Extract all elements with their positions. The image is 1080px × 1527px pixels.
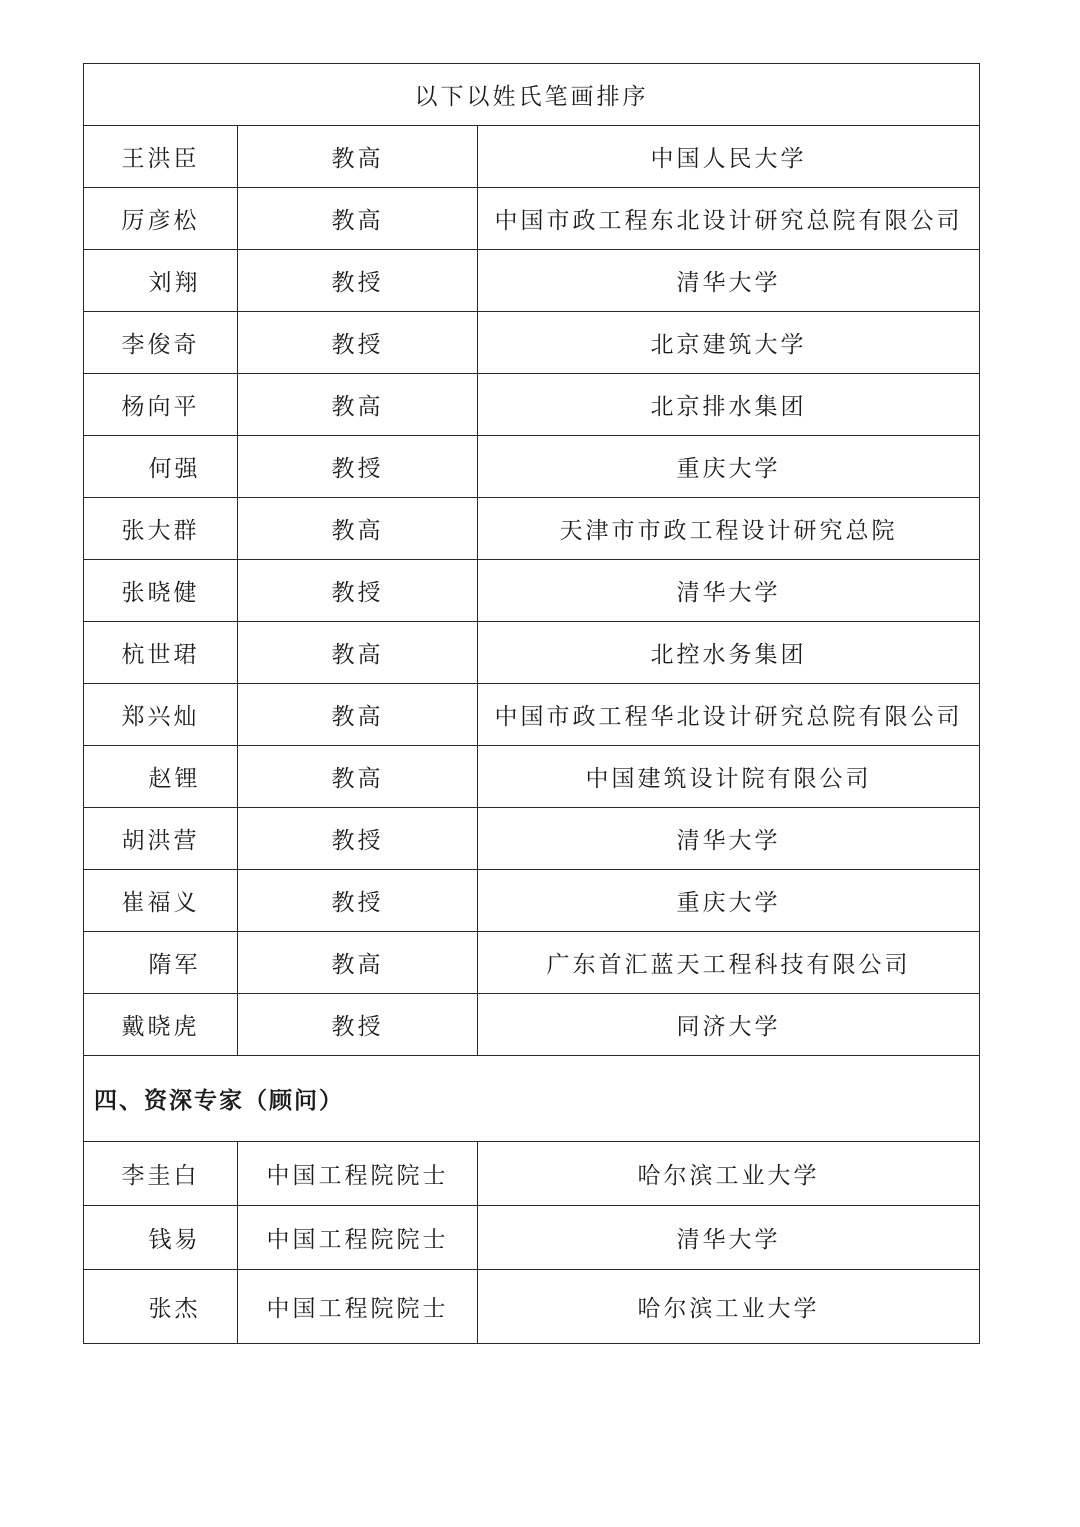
expert-title: 教高 (238, 684, 478, 746)
expert-name: 厉彦松 (84, 188, 238, 250)
expert-organization: 哈尔滨工业大学 (478, 1142, 980, 1206)
expert-organization: 北控水务集团 (478, 622, 980, 684)
expert-organization: 北京建筑大学 (478, 312, 980, 374)
expert-name: 张晓健 (84, 560, 238, 622)
expert-name: 戴晓虎 (84, 994, 238, 1056)
expert-title: 教高 (238, 188, 478, 250)
expert-organization: 广东首汇蓝天工程科技有限公司 (478, 932, 980, 994)
table-row: 杨向平 教高 北京排水集团 (84, 374, 980, 436)
expert-title: 教高 (238, 374, 478, 436)
expert-organization: 清华大学 (478, 808, 980, 870)
expert-title: 教授 (238, 436, 478, 498)
section-heading-row: 四、资深专家（顾问） (84, 1056, 980, 1142)
table-row: 王洪臣 教高 中国人民大学 (84, 126, 980, 188)
expert-organization: 哈尔滨工业大学 (478, 1270, 980, 1344)
expert-title: 中国工程院院士 (238, 1270, 478, 1344)
table-row: 郑兴灿 教高 中国市政工程华北设计研究总院有限公司 (84, 684, 980, 746)
expert-name: 李俊奇 (84, 312, 238, 374)
expert-organization: 重庆大学 (478, 436, 980, 498)
expert-title: 教授 (238, 808, 478, 870)
expert-organization: 中国市政工程东北设计研究总院有限公司 (478, 188, 980, 250)
expert-title: 教授 (238, 560, 478, 622)
expert-name: 张杰 (84, 1270, 238, 1344)
expert-title: 教授 (238, 250, 478, 312)
expert-name: 何强 (84, 436, 238, 498)
expert-name: 张大群 (84, 498, 238, 560)
table-row: 张晓健 教授 清华大学 (84, 560, 980, 622)
expert-title: 教授 (238, 994, 478, 1056)
expert-title: 教授 (238, 312, 478, 374)
sort-note: 以下以姓氏笔画排序 (84, 64, 980, 126)
sort-note-row: 以下以姓氏笔画排序 (84, 64, 980, 126)
table-row: 崔福义 教授 重庆大学 (84, 870, 980, 932)
expert-name: 杭世珺 (84, 622, 238, 684)
table-row: 何强 教授 重庆大学 (84, 436, 980, 498)
table-row: 杭世珺 教高 北控水务集团 (84, 622, 980, 684)
expert-title: 教高 (238, 126, 478, 188)
expert-title: 中国工程院院士 (238, 1206, 478, 1270)
expert-organization: 清华大学 (478, 250, 980, 312)
expert-organization: 清华大学 (478, 560, 980, 622)
expert-title: 教高 (238, 746, 478, 808)
table-row: 刘翔 教授 清华大学 (84, 250, 980, 312)
table-row: 李俊奇 教授 北京建筑大学 (84, 312, 980, 374)
table-row: 胡洪营 教授 清华大学 (84, 808, 980, 870)
expert-organization: 中国建筑设计院有限公司 (478, 746, 980, 808)
expert-title: 教高 (238, 498, 478, 560)
expert-roster-table: 以下以姓氏笔画排序 王洪臣 教高 中国人民大学 厉彦松 教高 中国市政工程东北设… (83, 63, 980, 1344)
expert-name: 钱易 (84, 1206, 238, 1270)
expert-name: 刘翔 (84, 250, 238, 312)
expert-name: 赵锂 (84, 746, 238, 808)
expert-name: 李圭白 (84, 1142, 238, 1206)
expert-title: 中国工程院院士 (238, 1142, 478, 1206)
expert-organization: 清华大学 (478, 1206, 980, 1270)
expert-organization: 同济大学 (478, 994, 980, 1056)
table-row: 戴晓虎 教授 同济大学 (84, 994, 980, 1056)
table-row: 李圭白 中国工程院院士 哈尔滨工业大学 (84, 1142, 980, 1206)
table-row: 张杰 中国工程院院士 哈尔滨工业大学 (84, 1270, 980, 1344)
table-row: 厉彦松 教高 中国市政工程东北设计研究总院有限公司 (84, 188, 980, 250)
expert-title: 教高 (238, 622, 478, 684)
expert-name: 隋军 (84, 932, 238, 994)
table-row: 隋军 教高 广东首汇蓝天工程科技有限公司 (84, 932, 980, 994)
expert-name: 杨向平 (84, 374, 238, 436)
section-heading: 四、资深专家（顾问） (84, 1056, 980, 1142)
expert-title: 教高 (238, 932, 478, 994)
expert-organization: 中国人民大学 (478, 126, 980, 188)
expert-organization: 重庆大学 (478, 870, 980, 932)
expert-name: 胡洪营 (84, 808, 238, 870)
expert-title: 教授 (238, 870, 478, 932)
expert-name: 郑兴灿 (84, 684, 238, 746)
expert-name: 崔福义 (84, 870, 238, 932)
expert-organization: 天津市市政工程设计研究总院 (478, 498, 980, 560)
expert-name: 王洪臣 (84, 126, 238, 188)
table-row: 钱易 中国工程院院士 清华大学 (84, 1206, 980, 1270)
table-row: 张大群 教高 天津市市政工程设计研究总院 (84, 498, 980, 560)
expert-organization: 北京排水集团 (478, 374, 980, 436)
table-row: 赵锂 教高 中国建筑设计院有限公司 (84, 746, 980, 808)
document-page: 以下以姓氏笔画排序 王洪臣 教高 中国人民大学 厉彦松 教高 中国市政工程东北设… (0, 0, 1080, 1527)
expert-organization: 中国市政工程华北设计研究总院有限公司 (478, 684, 980, 746)
